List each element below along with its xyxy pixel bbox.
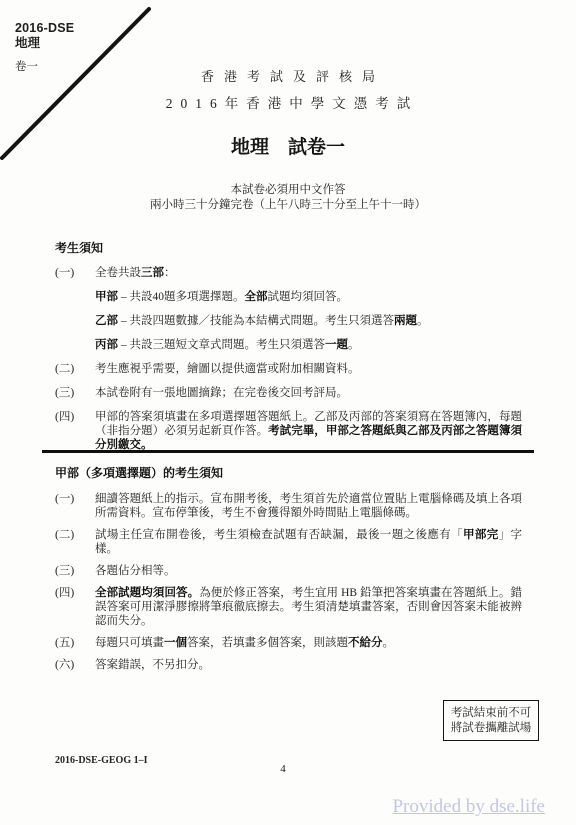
item-text: 乙部 – 共設四題數據／技能為本結構式問題。考生只須選答兩題。 (95, 314, 522, 328)
mc-notice-item-2: (二) 試場主任宣布開卷後，考生須檢查試題有否缺漏，最後一題之後應有「甲部完」字… (55, 528, 522, 556)
warning-box: 考試結束前不可 將試卷攜離試場 (443, 700, 539, 741)
item-text: 丙部 – 共設三題短文章式問題。考生只須選答一題。 (95, 338, 522, 352)
mc-notice-item-4: (四) 全部試題均須回答。為便於修正答案，考生宜用 HB 鉛筆把答案填畫在答題紙… (55, 586, 522, 628)
mc-notice-item-6: (六) 答案錯誤，不另扣分。 (55, 658, 522, 672)
item-text: 每題只可填畫一個答案，若填畫多個答案，則該題不給分。 (95, 636, 522, 650)
notice-item-2: (二) 考生應視乎需要，繪圖以提供適當或附加相關資料。 (55, 362, 522, 376)
duration-instruction: 兩小時三十分鐘完卷（上午八時三十分至上午十一時） (0, 198, 576, 213)
exam-name: 2016年香港中學文憑考試 (0, 92, 576, 112)
exam-cover-page: { "colors": { "ink": "#1e1e1e", "paper":… (0, 0, 576, 825)
header: 香港考試及評核局 2016年香港中學文憑考試 (0, 66, 576, 112)
watermark-link[interactable]: Provided by dse.life (392, 796, 545, 818)
item-text: 各題佔分相等。 (95, 564, 522, 578)
exam-authority-name: 香港考試及評核局 (0, 66, 576, 85)
notice-subitem-part-b: 乙部 – 共設四題數據／技能為本結構式問題。考生只須選答兩題。 (55, 314, 522, 328)
language-instruction: 本試卷必須用中文作答 (0, 183, 576, 198)
page-number: 4 (0, 763, 566, 775)
warning-line-1: 考試結束前不可 (444, 706, 538, 721)
item-text: 甲部的答案須填畫在多項選擇題答題紙上。乙部及丙部的答案須寫在答題簿內，每題（非指… (95, 410, 522, 452)
item-text: 試場主任宣布開卷後，考生須檢查試題有否缺漏，最後一題之後應有「甲部完」字樣。 (95, 528, 522, 556)
item-label: (四) (55, 586, 95, 628)
notice-item-1: (一) 全卷共設三部： (55, 266, 522, 280)
item-text: 本試卷附有一張地圖摘錄；在完卷後交回考評局。 (95, 386, 522, 400)
item-label: (五) (55, 636, 95, 650)
notice-subitem-part-a: 甲部 – 共設40題多項選擇題。全部試題均須回答。 (55, 290, 522, 304)
item-text: 全部試題均須回答。為便於修正答案，考生宜用 HB 鉛筆把答案填畫在答題紙上。錯誤… (95, 586, 522, 628)
general-instructions: 本試卷必須用中文作答 兩小時三十分鐘完卷（上午八時三十分至上午十一時） (0, 183, 576, 213)
section-a-notes-heading: 甲部（多項選擇題）的考生須知 (55, 466, 522, 480)
item-label: (三) (55, 564, 95, 578)
item-text: 考生應視乎需要，繪圖以提供適當或附加相關資料。 (95, 362, 522, 376)
item-text: 答案錯誤，不另扣分。 (95, 658, 522, 672)
item-label: (一) (55, 266, 95, 280)
item-label: (一) (55, 492, 95, 520)
item-label: (三) (55, 386, 95, 400)
item-label: (六) (55, 658, 95, 672)
candidate-notes-heading: 考生須知 (55, 241, 522, 255)
item-label: (二) (55, 362, 95, 376)
item-text: 細讀答題紙上的指示。宣布開考後，考生須首先於適當位置貼上電腦條碼及填上各項所需資… (95, 492, 522, 520)
notice-item-3: (三) 本試卷附有一張地圖摘錄；在完卷後交回考評局。 (55, 386, 522, 400)
item-label: (二) (55, 528, 95, 556)
item-text: 全卷共設三部： (95, 266, 522, 280)
mc-notice-item-3: (三) 各題佔分相等。 (55, 564, 522, 578)
section-divider-rule (42, 450, 534, 453)
corner-paper-code: 2016-DSE (15, 21, 74, 36)
mc-notice-item-1: (一) 細讀答題紙上的指示。宣布開考後，考生須首先於適當位置貼上電腦條碼及填上各… (55, 492, 522, 520)
paper-title: 地理 試卷一 (0, 132, 576, 159)
candidate-notes-section: 考生須知 (一) 全卷共設三部： 甲部 – 共設40題多項選擇題。全部試題均須回… (55, 241, 522, 462)
corner-subject: 地理 (15, 36, 74, 51)
notice-subitem-part-c: 丙部 – 共設三題短文章式問題。考生只須選答一題。 (55, 338, 522, 352)
item-label: (四) (55, 410, 95, 452)
item-text: 甲部 – 共設40題多項選擇題。全部試題均須回答。 (95, 290, 522, 304)
warning-line-2: 將試卷攜離試場 (444, 721, 538, 736)
section-a-notes-section: 甲部（多項選擇題）的考生須知 (一) 細讀答題紙上的指示。宣布開考後，考生須首先… (55, 466, 522, 680)
mc-notice-item-5: (五) 每題只可填畫一個答案，若填畫多個答案，則該題不給分。 (55, 636, 522, 650)
notice-item-4: (四) 甲部的答案須填畫在多項選擇題答題紙上。乙部及丙部的答案須寫在答題簿內，每… (55, 410, 522, 452)
